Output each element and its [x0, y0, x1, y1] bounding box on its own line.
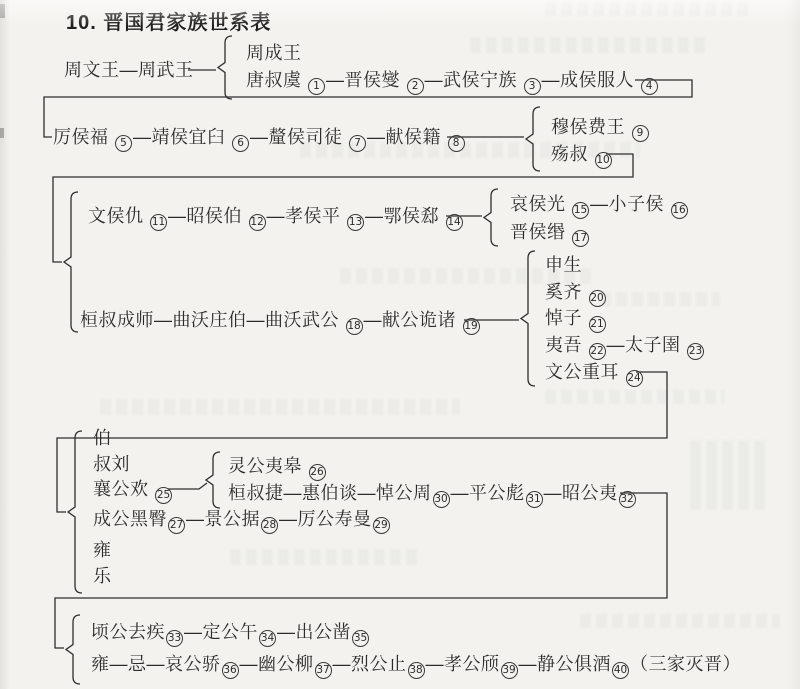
tree-node-row-shang-shu: 殇叔 10	[551, 143, 613, 169]
tree-node-row-zhou-cheng-wang: 周成王	[246, 42, 302, 64]
circled-generation-number: 8	[448, 135, 465, 152]
tree-node-row-bo: 伯	[93, 427, 112, 449]
tree-node-row-jin-hou-min: 晋侯缗 17	[510, 221, 590, 247]
circled-generation-number: 2	[407, 78, 424, 95]
circled-generation-number: 38	[408, 662, 425, 679]
circled-generation-number: 28	[261, 517, 278, 534]
circled-generation-number: 25	[155, 487, 172, 504]
tree-node-row-xiang-gong: 襄公欢 25	[93, 478, 173, 504]
circled-generation-number: 14	[446, 214, 463, 231]
circled-generation-number: 27	[168, 517, 185, 534]
circled-generation-number: 7	[349, 135, 366, 152]
circled-generation-number: 3	[524, 78, 541, 95]
circled-generation-number: 21	[589, 316, 606, 333]
tree-node-row-cheng-gong-line: 成公黑臀27—景公据28—厉公寿曼29	[93, 508, 391, 534]
tree-node-row-tang-shu-yu-line: 唐叔虞 1—晋侯燮 2—武侯宁族 3—成侯服人 4	[246, 69, 659, 95]
tree-node-row-shu-liu: 叔刘	[93, 453, 130, 475]
circled-generation-number: 22	[589, 343, 606, 360]
circled-generation-number: 10	[595, 152, 612, 169]
circled-generation-number: 35	[352, 630, 369, 647]
tree-node-row-wen-gong: 文公重耳 24	[545, 361, 644, 387]
tree-node-row-yi-wu-line: 夷吾 22—太子圉 23	[545, 334, 705, 360]
circled-generation-number: 19	[463, 318, 480, 335]
tree-node-row-yong: 雍	[93, 539, 112, 561]
circled-generation-number: 36	[222, 662, 239, 679]
circled-generation-number: 13	[347, 214, 364, 231]
circled-generation-number: 30	[433, 491, 450, 508]
tree-node-row-xi-qi: 奚齐 20	[545, 281, 607, 307]
circled-generation-number: 4	[641, 78, 658, 95]
circled-generation-number: 33	[166, 630, 183, 647]
circled-generation-number: 24	[626, 370, 643, 387]
tree-node-row-le: 乐	[93, 565, 112, 587]
tree-node-row-huan-shu-line: 桓叔成师—曲沃庄伯—曲沃武公 18—献公诡诸 19	[80, 309, 481, 335]
circled-generation-number: 11	[150, 214, 167, 231]
tree-node-row-li-hou-line: 厉侯福 5—靖侯宜臼 6—釐侯司徒 7—献侯籍 8	[53, 126, 466, 152]
circled-generation-number: 34	[259, 630, 276, 647]
circled-generation-number: 39	[501, 662, 518, 679]
circled-generation-number: 37	[315, 662, 332, 679]
tree-node-row-qing-gong-line: 顷公去疾33—定公午34—出公凿35	[91, 621, 370, 647]
tree-node-row-ai-hou-line: 哀侯光 15—小子侯 16	[510, 193, 689, 219]
circled-generation-number: 20	[589, 290, 606, 307]
tree-node-row-zhou-wen-wu: 周文王—周武王	[64, 59, 194, 81]
circled-generation-number: 17	[572, 230, 589, 247]
circled-generation-number: 31	[526, 491, 543, 508]
circled-generation-number: 6	[232, 135, 249, 152]
circled-generation-number: 9	[632, 125, 649, 142]
tree-node-row-final-line: 雍—忌—哀公骄36—幽公柳37—烈公止38—孝公颀39—静公俱酒40（三家灭晋）	[91, 653, 741, 679]
tree-node-row-shen-sheng: 申生	[545, 254, 582, 276]
circled-generation-number: 40	[612, 662, 629, 679]
circled-generation-number: 5	[115, 135, 132, 152]
circled-generation-number: 16	[671, 202, 688, 219]
book-page: 10. 晋国君家族世系表 周文王—周武王周成王唐叔虞 1—晋侯燮 2—武侯宁族 …	[0, 0, 800, 689]
tree-node-row-huan-shu-jie-line: 桓叔捷—惠伯谈—悼公周30—平公彪31—昭公夷32	[228, 482, 637, 508]
tree-node-row-dao-zi: 悼子 21	[545, 307, 607, 333]
circled-generation-number: 29	[373, 517, 390, 534]
circled-generation-number: 18	[346, 318, 363, 335]
circled-generation-number: 12	[249, 214, 266, 231]
circled-generation-number: 15	[572, 202, 589, 219]
tree-node-row-mu-hou: 穆侯费王 9	[551, 116, 650, 142]
circled-generation-number: 1	[308, 78, 325, 95]
tree-node-row-ling-gong: 灵公夷皋 26	[228, 455, 327, 481]
circled-generation-number: 26	[309, 464, 326, 481]
tree-rows: 周文王—周武王周成王唐叔虞 1—晋侯燮 2—武侯宁族 3—成侯服人 4厉侯福 5…	[0, 0, 800, 689]
circled-generation-number: 23	[687, 343, 704, 360]
circled-generation-number: 32	[619, 491, 636, 508]
tree-node-row-wen-hou-line: 文侯仇 11—昭侯伯 12—孝侯平 13—鄂侯郄 14	[88, 205, 464, 231]
